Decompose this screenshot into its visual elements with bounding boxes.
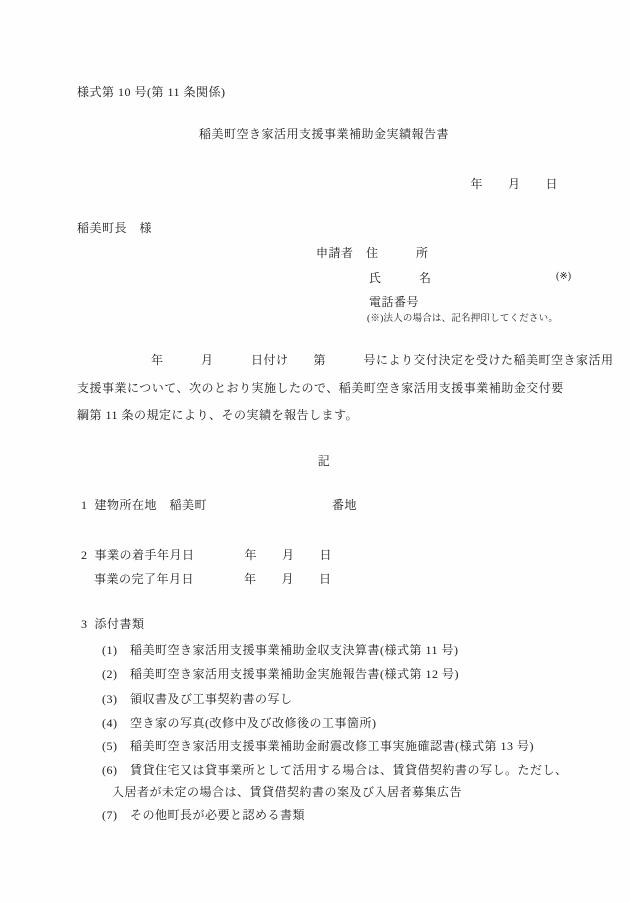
body-paragraph-line-3: 綱第 11 条の規定により、その実績を報告します。 [77, 407, 358, 423]
attachment-item-3: (3) 領収書及び工事契約書の写し [102, 691, 293, 707]
applicant-address-line: 申請者 住 所 [316, 245, 429, 261]
document-page: 様式第 10 号(第 11 条関係) 稲美町空き家活用支援事業補助金実績報告書 … [0, 0, 630, 903]
section-start-date: 2 事業の着手年月日 年 月 日 [81, 547, 332, 563]
document-title: 稲美町空き家活用支援事業補助金実績報告書 [78, 126, 570, 142]
date-line: 年 月 日 [470, 176, 558, 192]
attachment-item-4: (4) 空き家の写真(改修中及び改修後の工事箇所) [102, 715, 377, 731]
applicant-phone-line: 電話番号 [369, 294, 419, 310]
attachment-item-6-continuation: 入居者が未定の場合は、賃貸借契約書の案及び入居者募集広告 [112, 784, 462, 800]
attachment-item-7: (7) その他町長が必要と認める書類 [102, 807, 305, 823]
record-heading: 記 [78, 453, 570, 469]
form-number: 様式第 10 号(第 11 条関係) [77, 84, 226, 100]
attachment-item-6: (6) 賃貸住宅又は貸事業所として活用する場合は、賃貸借契約書の写し。ただし、 [102, 762, 568, 778]
body-paragraph-line-1: 年 月 日付け 第 号により交付決定を受けた稲美町空き家活用 [151, 352, 614, 368]
attachment-item-2: (2) 稲美町空き家活用支援事業補助金実施報告書(様式第 12 号) [102, 666, 459, 682]
section-building-location: 1 建物所在地 稲美町 番地 [81, 497, 357, 513]
section-completion-date: 事業の完了年月日 年 月 日 [94, 571, 332, 587]
recipient-line: 稲美町長 様 [77, 220, 152, 236]
seal-mark: (※) [556, 271, 571, 283]
seal-instruction-note: (※)法人の場合は、記名押印してください。 [367, 313, 558, 325]
attachment-item-5: (5) 稲美町空き家活用支援事業補助金耐震改修工事実施確認書(様式第 13 号) [102, 738, 534, 754]
body-paragraph-line-2: 支援事業について、次のとおり実施したので、稲美町空き家活用支援事業補助金交付要 [77, 380, 564, 396]
applicant-name-line: 氏 名 [369, 270, 432, 286]
section-attachments-heading: 3 添付書類 [81, 616, 145, 632]
attachment-item-1: (1) 稲美町空き家活用支援事業補助金収支決算書(様式第 11 号) [102, 642, 459, 658]
